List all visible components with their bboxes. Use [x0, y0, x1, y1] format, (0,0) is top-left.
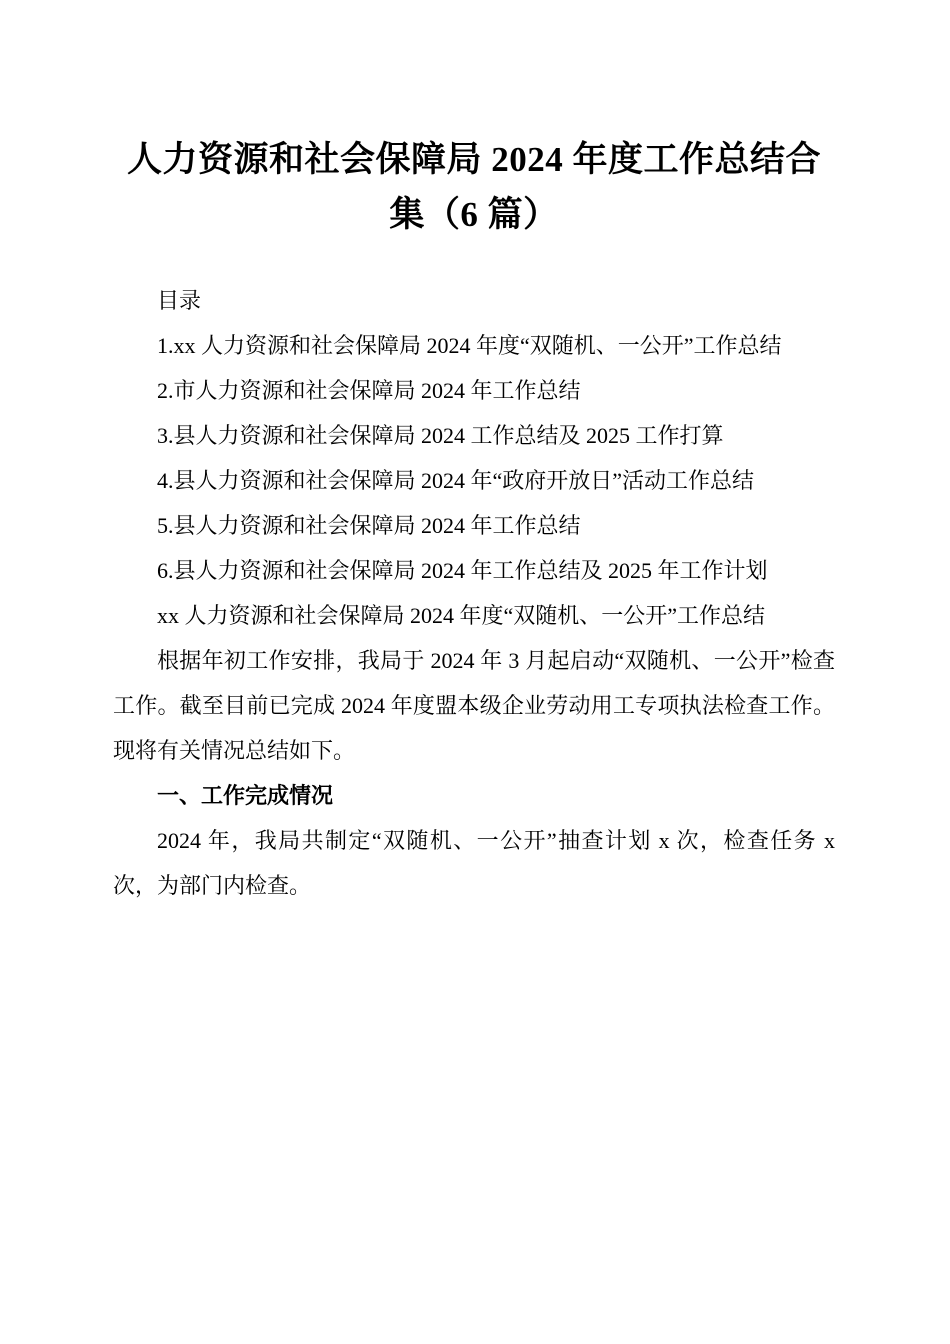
toc-item: 6.县人力资源和社会保障局 2024 年工作总结及 2025 年工作计划	[113, 548, 835, 593]
section-subtitle: xx 人力资源和社会保障局 2024 年度“双随机、一公开”工作总结	[113, 593, 835, 638]
paragraph-intro: 根据年初工作安排，我局于 2024 年 3 月起启动“双随机、一公开”检查工作。…	[113, 638, 835, 773]
document-page: 人力资源和社会保障局 2024 年度工作总结合集（6 篇） 目录 1.xx 人力…	[0, 0, 950, 1344]
toc-item: 5.县人力资源和社会保障局 2024 年工作总结	[113, 503, 835, 548]
toc-label: 目录	[113, 278, 835, 323]
document-title: 人力资源和社会保障局 2024 年度工作总结合集（6 篇）	[113, 132, 835, 242]
toc-item: 2.市人力资源和社会保障局 2024 年工作总结	[113, 368, 835, 413]
paragraph-body: 2024 年，我局共制定“双随机、一公开”抽查计划 x 次，检查任务 x 次，为…	[113, 818, 835, 908]
toc-item: 1.xx 人力资源和社会保障局 2024 年度“双随机、一公开”工作总结	[113, 323, 835, 368]
document-body: 目录 1.xx 人力资源和社会保障局 2024 年度“双随机、一公开”工作总结 …	[113, 278, 835, 908]
section-heading: 一、工作完成情况	[113, 773, 835, 818]
toc-item: 3.县人力资源和社会保障局 2024 工作总结及 2025 工作打算	[113, 413, 835, 458]
toc-item: 4.县人力资源和社会保障局 2024 年“政府开放日”活动工作总结	[113, 458, 835, 503]
